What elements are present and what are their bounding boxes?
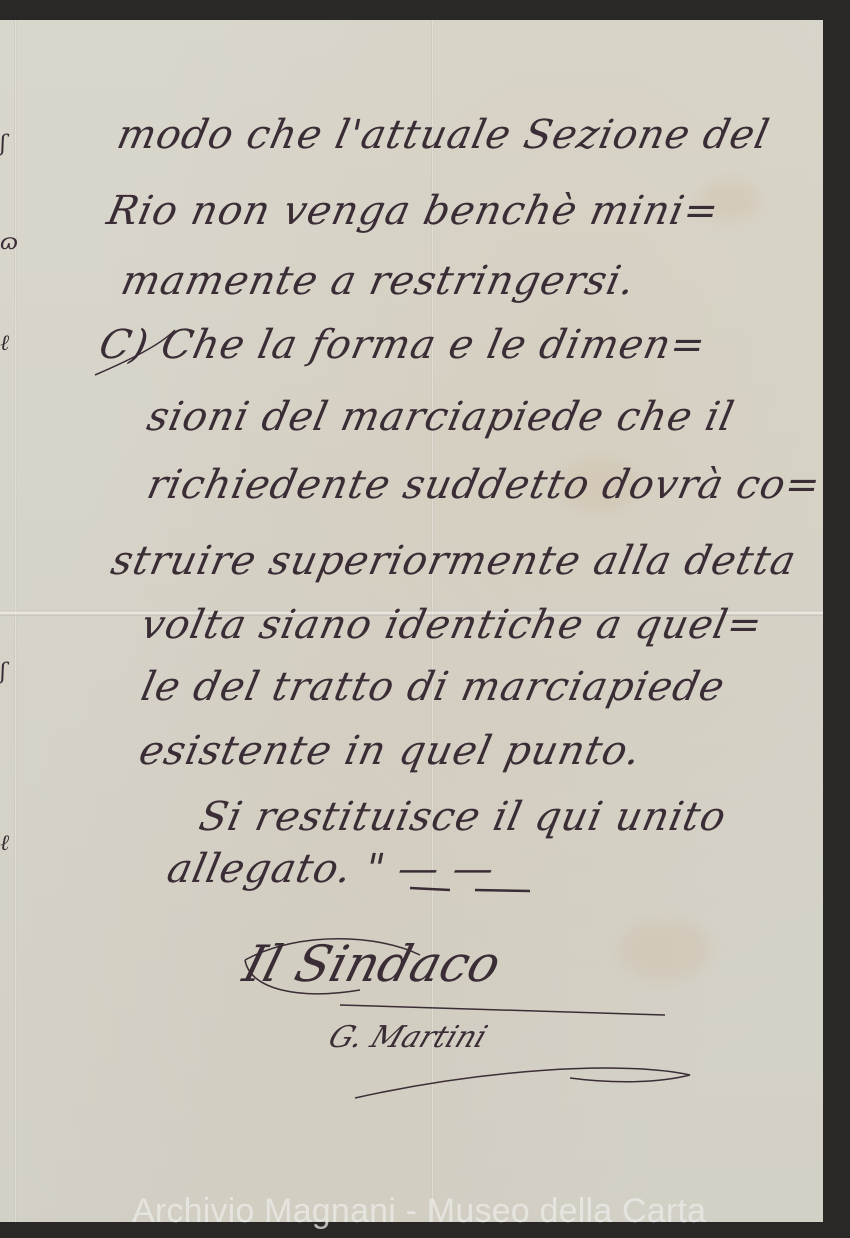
signature-flourish-icon: [0, 0, 850, 1238]
archive-watermark: Archivio Magnani - Museo della Carta: [132, 1192, 706, 1231]
